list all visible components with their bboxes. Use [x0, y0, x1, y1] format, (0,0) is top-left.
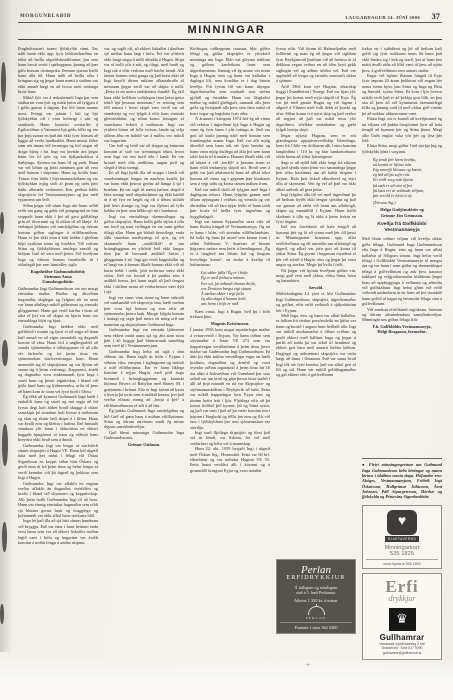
body-paragraph: Miðvikudaginn 14. júní sl. lést Guðmundu… — [276, 291, 356, 313]
perlan-ad-title: ERFIDRYKKJUR — [286, 575, 345, 583]
body-paragraph: Ég þakka Guðmundi Inga samfylgdina og bi… — [104, 408, 184, 430]
body-paragraph: Um leið og búið var að sleppa og báturin… — [104, 143, 184, 170]
gullhamrar-ad: Erfi drykkjur ♛ Gullhamrar Veislusalir Þ… — [362, 573, 442, 661]
body-paragraph: Hinn 22. okt. 1959 byrjaði Ingi í útgerð… — [190, 446, 270, 473]
verse-line: uns heim í höfn er náð. — [201, 301, 270, 306]
hjartavernd-logo-label: HJARTAVERND — [385, 536, 420, 542]
body-paragraph: Það var mikill skóli að fylgjast með Ing… — [190, 187, 270, 219]
body-paragraph: fyrstu sölu. Við fórum til Hafnarfjarðar… — [276, 46, 356, 84]
body-paragraph: Á árunum í kringum 1974 hóf ég að vinna … — [190, 116, 270, 186]
body-paragraph: Inga lét það illa að sjá báti sínum bund… — [18, 518, 98, 545]
body-paragraph: Guðmundur Ingi var aflakló en enginn ver… — [18, 481, 98, 519]
body-paragraph: Kröftugur, orðheppinn, traustur, hlýr, g… — [190, 46, 270, 116]
perlan-ad-price: Aðeins 1.350 kr. á mann. — [294, 598, 338, 603]
header-rule-top — [18, 22, 442, 23]
scan-artifact — [1, 272, 5, 288]
signature: Magnús Kristinsson. — [190, 321, 270, 326]
body-paragraph: Guðmundur Ingi var lengst af starfsferli… — [18, 443, 98, 481]
body-paragraph: Guðmundur Ingi hefur nú siglt í sína síð… — [104, 349, 184, 408]
perlan-script-name: Perlan — [301, 565, 331, 575]
column-3: Kröftugur, orðheppinn, traustur, hlýr, g… — [190, 46, 270, 660]
erfi-display-text: Erfi — [385, 580, 418, 594]
body-paragraph: Guðmundur Ingi var einstakt ljúfmenni se… — [104, 327, 184, 349]
column-2: var, og sagði oft, að ekkert fiskaðist í… — [104, 46, 184, 660]
scan-artifact — [2, 340, 8, 366]
signature: Ragnheiður Guðmundsdóttir, Steinunn Anna… — [18, 269, 98, 285]
scan-artifact — [0, 212, 4, 234]
body-paragraph: Í janúar 1956 kom ungur myndarlegur maðu… — [190, 327, 270, 430]
body-paragraph: Guðmundur Ingi Guðmundsson var um margt … — [18, 286, 98, 324]
newspaper-page: MORGUNBLAÐIÐ LAUGARDAGUR 24. JÚNÍ 2006 3… — [0, 0, 453, 700]
body-paragraph: Árið 1964 kom nýr Huginn, eikarskip bygg… — [276, 84, 356, 133]
column-1: Þingholtsstræti ásamt fjölskyldu sinni. … — [18, 46, 98, 660]
body-paragraph: Guðmundur Ingi fæddist ekki með gullskei… — [18, 324, 98, 394]
heart-icon: ♥ — [387, 510, 417, 535]
pending-obituaries-notice: ● Fleiri minningargreinar um Guðmund Ing… — [362, 458, 442, 499]
body-paragraph: Þegar nýjasti Huginn, sem er eitt glæsil… — [276, 133, 356, 160]
hjartavernd-phone: 535 1825 — [390, 551, 414, 557]
body-paragraph: Guð blessi minningu Guðmundar Inga Guðmu… — [104, 430, 184, 441]
drykkjur-display-text: drykkjur — [388, 594, 415, 603]
body-paragraph: Síðan þegar við sáum Inga átti hann orði… — [18, 203, 98, 268]
column-4: fyrstu sölu. Við fórum til Hafnarfjarðar… — [276, 46, 356, 660]
body-paragraph: Þingholtsstræti ásamt fjölskyldu sinni. … — [18, 46, 98, 95]
body-paragraph: Nú þegar við hjónin kveðjum góðan vin, m… — [276, 268, 356, 284]
notice-text: Fleiri minningargreinar um Guðmund Inga … — [362, 462, 442, 499]
page-bottom-margin — [0, 658, 453, 700]
signature: Sævald. — [276, 285, 356, 290]
hjartavernd-website: www.hjarta.is 535 1800 — [366, 559, 438, 566]
body-paragraph: Ég fékk að kynnast Guðmundi Inga bæði í … — [18, 394, 98, 443]
crown-icon: ♛ — [389, 608, 416, 631]
body-paragraph: Með Inga, eins og hann var alltaf kallað… — [276, 313, 356, 378]
body-paragraph: Þegar við hjónin fluttum hingað til Eyja… — [362, 73, 442, 116]
publication-masthead: MORGUNBLAÐIÐ — [20, 14, 71, 19]
column-5: frekar en í sjúkdómi og þó að heilsan ha… — [362, 46, 442, 660]
signature: Helga Guðjónsdóttir og Grímur Jón Grímss… — [362, 207, 442, 218]
signature: F.h. Golfklúbbs Vestmannaeyja, Helgi Bra… — [362, 324, 442, 335]
memorial-verse: Lát akker falla! Ég er í höfn.Ég er með … — [201, 270, 270, 306]
header-rule-bottom — [18, 39, 442, 40]
perlan-brand-label: PERLAN — [306, 616, 326, 620]
body-paragraph: Við sendum eftirlifandi eiginkonu, börnu… — [362, 307, 442, 323]
body-paragraph: Elsku Ingi, nú er komið að kveðjustund o… — [362, 116, 442, 143]
scan-artifact — [2, 424, 8, 466]
registration-mark: + — [306, 662, 310, 669]
body-paragraph: Ingi var vinur vina sinna og hann ræktað… — [104, 295, 184, 327]
body-paragraph: Kæri vinur, Ingi á Hugin, hvíl þú í frið… — [190, 309, 270, 320]
verse-line: þín veröld er björt á ný. — [373, 193, 442, 198]
scan-artifact — [2, 522, 7, 552]
body-paragraph: Þó að Ingi þyldi illa að stoppa í landi … — [104, 170, 184, 213]
body-paragraph: Elsku Stína, megi góður Guð styrkja þig … — [362, 143, 442, 154]
section-title: MINNINGAR — [0, 24, 453, 36]
body-paragraph: Ingi fylgdist alla tíð vel með útgerðinn… — [276, 192, 356, 224]
body-paragraph: Það eru forréttindi að hafa fengið að ky… — [276, 224, 356, 267]
scan-artifact — [0, 604, 4, 624]
page-number: 37 — [432, 11, 441, 21]
verse-attribution: (Þórunn Sig.) — [373, 200, 442, 205]
body-paragraph: Ingi var einstaklega skemmtilegur og góð… — [104, 214, 184, 295]
body-paragraph: Ingi varð fljótlega skipstjóri og fórst … — [190, 430, 270, 446]
signature: Grímur Gíslason. — [104, 442, 184, 447]
memorial-verse: Ég sendi þér kæra kveðju,nú komin er líf… — [373, 157, 442, 205]
perlan-ad: Perlan ERFIDRYKKJUR Á fallegum og notale… — [276, 559, 356, 634]
body-paragraph: frekar en í sjúkdómi og þó að heilsan ha… — [362, 46, 442, 73]
gullhamrar-email: gullhamrar@gullhamrar.is — [383, 651, 422, 656]
scan-artifact — [1, 62, 6, 102]
body-paragraph: var, og sagði oft, að ekkert fiskaðist í… — [104, 46, 184, 143]
tribute-header: Kveðja frá Golfklúbbi Vestmannaeyja — [364, 222, 440, 234]
body-paragraph: Mikið fjör var á æskuheimili Inga þar se… — [18, 95, 98, 203]
body-paragraph: Sagt er að eplið falli ekki langt frá ei… — [276, 160, 356, 192]
gullhamrar-name: Gullhamrar — [380, 633, 425, 642]
body-paragraph: Með fáum orðum viljum við kveðja okkar g… — [362, 236, 442, 306]
hjartavernd-ad: ♥ HJARTAVERND Minningarkort 535 1825 www… — [362, 505, 442, 569]
perlan-ad-phone: Pantanir í síma 562 0200 — [280, 622, 352, 630]
perlan-dome-icon — [308, 606, 325, 615]
perlan-ad-body-line2: stað á 5. hæð Perlunnar. — [296, 590, 336, 595]
article-columns: Þingholtsstræti ásamt fjölskyldu sinni. … — [18, 46, 442, 660]
body-paragraph: Ingi var sannur Eyjamaður strax eftir að… — [190, 219, 270, 268]
dateline: LAUGARDAGUR 24. JÚNÍ 2006 — [345, 15, 420, 20]
